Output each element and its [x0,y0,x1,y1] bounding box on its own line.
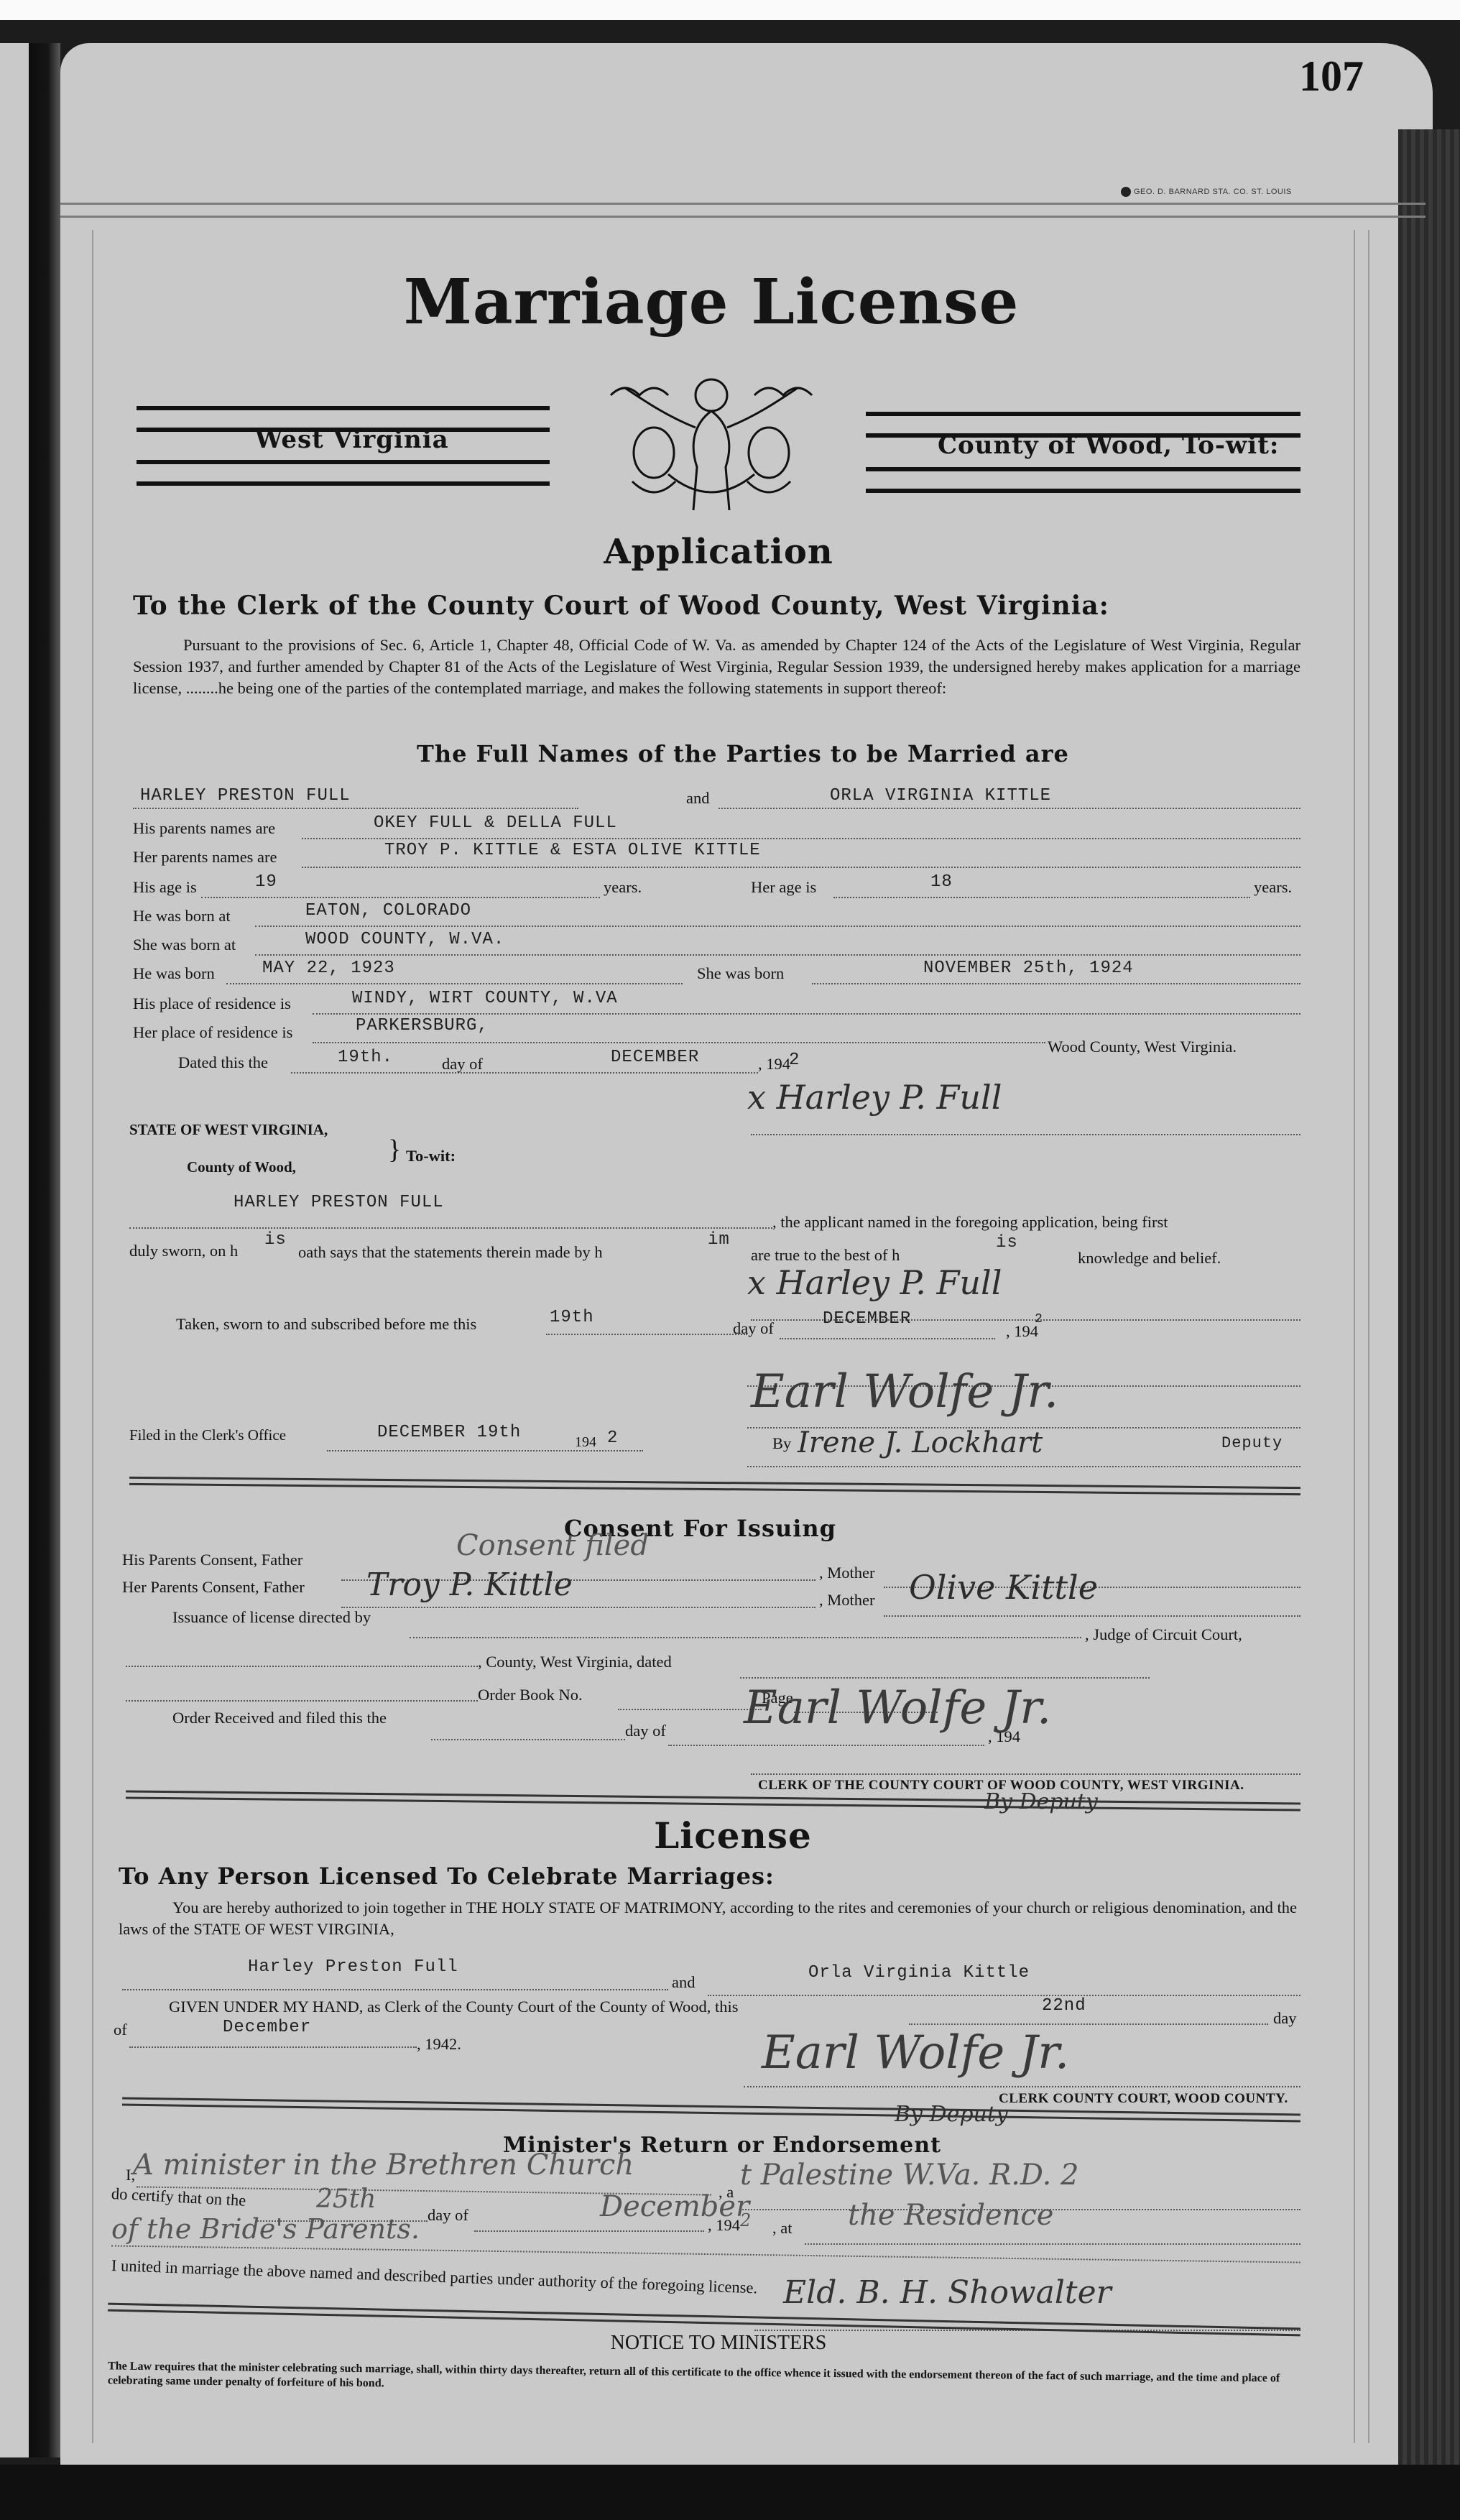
she-born-at-value: WOOD COUNTY, W.VA. [305,930,504,949]
banner-county: County of Wood, To-wit: [938,431,1279,460]
given-label: GIVEN UNDER MY HAND, as Clerk of the Cou… [169,1998,739,2016]
he-born-value: MAY 22, 1923 [262,959,395,978]
duly-sworn-label: duly sworn, on h [129,1242,238,1260]
scan-top-margin [0,0,1460,20]
printer-mark: GEO. D. BARNARD STA. CO. ST. LOUIS [1121,187,1292,197]
dated-year-digit: 2 [789,1051,800,1070]
taken-label: Taken, sworn to and subscribed before me… [176,1315,476,1334]
banner-rule [866,467,1300,493]
oath-knowledge-label: knowledge and belief. [1078,1249,1221,1268]
her-age-label: Her age is [751,878,816,897]
consent-clerk-signature: Earl Wolfe Jr. [744,1681,1051,1735]
certify-day-of-label: day of [428,2206,468,2225]
oath-applicant: HARLEY PRESTON FULL [234,1193,444,1212]
given-day-label: day [1273,2009,1297,2028]
deputy-label: Deputy [1221,1434,1283,1452]
license-clerk-line [744,2066,1300,2087]
book-page-edges [1398,129,1460,2520]
document-title: Marriage License [402,266,1020,338]
clerk-signature: Earl Wolfe Jr. [751,1365,1058,1418]
years-label: years. [604,878,642,897]
banner-rule [137,460,550,486]
cherub-ornament-icon [568,366,855,517]
consent-clerk-line [751,1753,1300,1775]
oath-county: County of Wood, [187,1158,296,1176]
order-received-label: Order Received and filed this the [172,1709,387,1727]
his-parents-value: OKEY FULL & DELLA FULL [374,813,617,833]
his-parents-label: His parents names are [133,819,275,838]
his-father-value: Consent filed [456,1529,649,1562]
dated-year-prefix: , 194 [758,1055,790,1074]
her-mother-value: Olive Kittle [909,1568,1098,1607]
taken-day-of-label: day of [733,1319,774,1338]
filed-label: Filed in the Clerk's Office [129,1426,286,1444]
her-mother-label: , Mother [819,1591,875,1610]
directed-line [410,1617,1081,1638]
license-groom: Harley Preston Full [248,1957,458,1977]
oath-state: STATE OF WEST VIRGINIA, [129,1121,328,1139]
printer-mark-text: GEO. D. BARNARD STA. CO. ST. LOUIS [1134,188,1292,196]
she-born-value: NOVEMBER 25th, 1924 [923,959,1134,978]
her-residence-value: PARKERSBURG, [356,1016,489,1035]
banner-state: West Virginia [255,425,449,454]
she-born-at-label: She was born at [133,936,236,954]
he-born-at-label: He was born at [133,907,231,926]
judge-label: , Judge of Circuit Court, [1085,1625,1242,1644]
dated-line [740,1657,1150,1679]
printer-seal-icon [1121,187,1131,197]
certify-place-1: the Residence [848,2199,1053,2232]
license-body: You are hereby authorized to join togeth… [119,1897,1297,1940]
minister-location: t Palestine W.Va. R.D. 2 [740,2159,1078,2192]
facing-page-edge [0,43,29,2457]
bride-name: ORLA VIRGINIA KITTLE [830,786,1051,806]
deputy-signature: Irene J. Lockhart [798,1426,1043,1459]
years-label: years. [1254,878,1292,897]
certify-place-2: of the Bride's Parents. [111,2213,420,2245]
oath-text-1: , the applicant named in the foregoing a… [772,1213,1168,1232]
dated-day: 19th. [338,1048,393,1067]
groom-name: HARLEY PRESTON FULL [140,786,351,806]
oath-his: is [264,1230,287,1250]
header-rule [60,216,1426,218]
book-spine [29,43,60,2457]
oath-towit: To-wit: [406,1147,456,1166]
his-father-label: His Parents Consent, Father [122,1551,302,1569]
oath-true-label: are true to the best of h [751,1246,900,1265]
her-residence-label: Her place of residence is [133,1023,292,1042]
her-residence-suffix: Wood County, West Virginia. [1048,1038,1237,1056]
filed-value: DECEMBER 19th [377,1423,521,1442]
license-and-label: and [672,1973,696,1992]
oath-his-2: is [996,1233,1018,1252]
oath-says-label: oath says that the statements therein ma… [298,1243,603,1262]
minister-signature: Eld. B. H. Showalter [783,2274,1112,2311]
order-received-line [431,1719,625,1740]
her-age-value: 18 [930,872,953,892]
filed-year-prefix: 194 [575,1434,596,1451]
county-line [126,1646,478,1667]
dated-label: Dated this the [178,1053,268,1072]
he-born-at-value: EATON, COLORADO [305,901,471,920]
her-father-value: Troy P. Kittle [366,1566,573,1603]
application-preamble: Pursuant to the provisions of Sec. 6, Ar… [133,634,1300,699]
scan-bottom-shadow [0,2465,1460,2520]
certify-day: 25th [316,2184,376,2214]
her-parents-value: TROY P. KITTLE & ESTA OLIVE KITTLE [384,841,761,860]
header-rule [60,203,1426,205]
notice-title: NOTICE TO MINISTERS [489,2332,948,2355]
her-parents-label: Her parents names are [133,848,277,867]
taken-day: 19th [550,1308,594,1327]
taken-year-digit: 2 [1035,1312,1043,1326]
taken-year-prefix: , 194 [1006,1322,1038,1341]
given-year: , 1942. [417,2035,461,2054]
she-born-label: She was born [697,964,784,983]
his-age-label: His age is [133,878,197,897]
taken-month: DECEMBER [823,1309,911,1329]
certify-year-prefix: , 194 [708,2216,740,2235]
his-mother-label: , Mother [819,1564,875,1582]
applicant-signature-line [751,1114,1300,1135]
given-day: 22nd [1042,1996,1086,2016]
dated-month: DECEMBER [611,1048,699,1067]
names-heading: The Full Names of the Parties to be Marr… [417,740,1069,767]
certify-year-digit: 2 [740,2210,751,2230]
applicant-signature: x Harley P. Full [747,1078,1002,1117]
his-residence-value: WINDY, WIRT COUNTY, W.VA [352,989,618,1008]
license-addressee: To Any Person Licensed To Celebrate Marr… [119,1863,775,1890]
oath-him: im [708,1230,730,1250]
page-number: 107 [1299,52,1364,101]
license-heading: License [553,1814,912,1857]
and-label: and [686,789,710,808]
his-age-value: 19 [255,872,277,892]
her-age-line [833,877,1250,898]
oath-applicant-line [129,1207,772,1229]
order-day-of-label: day of [625,1722,666,1740]
he-born-label: He was born [133,964,215,983]
application-addressee: To the Clerk of the County Court of Wood… [133,591,1109,621]
license-clerk-caption: CLERK COUNTY COURT, WOOD COUNTY. [999,2091,1288,2107]
order-book-line [618,1689,762,1710]
order-line [126,1680,478,1702]
oath-signature: x Harley P. Full [747,1263,1002,1302]
given-month: December [223,2018,311,2037]
his-residence-label: His place of residence is [133,994,291,1013]
brace-icon: } [388,1134,401,1166]
county-dated-label: , County, West Virginia, dated [478,1653,672,1671]
directed-label: Issuance of license directed by [172,1608,371,1627]
license-bride: Orla Virginia Kittle [808,1963,1030,1983]
her-father-label: Her Parents Consent, Father [122,1578,305,1597]
filed-year-digit: 2 [607,1429,618,1448]
order-book-label: Order Book No. [478,1686,583,1704]
application-heading: Application [503,532,934,572]
minister-description: A minister in the Brethren Church [133,2149,634,2182]
dated-day-of-label: day of [442,1055,483,1074]
given-of-label: of [114,2021,127,2039]
given-day-line [909,2003,1268,2025]
